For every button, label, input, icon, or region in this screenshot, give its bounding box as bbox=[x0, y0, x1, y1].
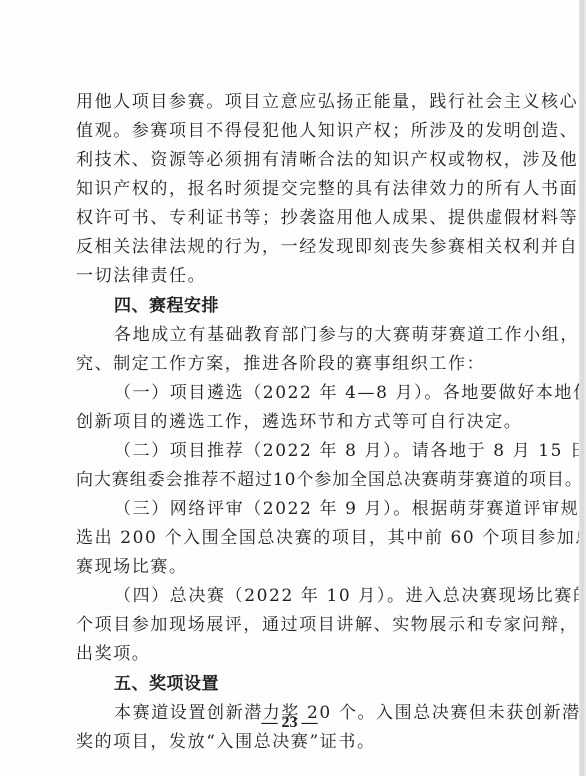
paragraph-line: 个项目参加现场展评，通过项目讲解、实物展示和专家问辩，决 bbox=[76, 611, 506, 640]
paragraph-line: 知识产权的，报名时须提交完整的具有法律效力的所有人书面授 bbox=[76, 175, 506, 204]
paragraph-line: 权许可书、专利证书等；抄袭盗用他人成果、提供虚假材料等违 bbox=[76, 204, 506, 233]
document-body: 用他人项目参赛。项目立意应弘扬正能量，践行社会主义核心价 值观。参赛项目不得侵犯… bbox=[76, 88, 506, 757]
page-number: — 23 — bbox=[0, 714, 579, 732]
paragraph-line: 出奖项。 bbox=[76, 640, 506, 669]
paragraph-line: 利技术、资源等必须拥有清晰合法的知识产权或物权，涉及他人 bbox=[76, 146, 506, 175]
paragraph-line: 赛现场比赛。 bbox=[76, 553, 506, 582]
schedule-item-3: （三）网络评审（2022 年 9 月）。根据萌芽赛道评审规则评 bbox=[76, 495, 506, 524]
schedule-item-4: （四）总决赛（2022 年 10 月）。进入总决赛现场比赛的 60 bbox=[76, 582, 506, 611]
paragraph-line: 值观。参赛项目不得侵犯他人知识产权；所涉及的发明创造、专 bbox=[76, 117, 506, 146]
paragraph-line: 各地成立有基础教育部门参与的大赛萌芽赛道工作小组，研 bbox=[76, 321, 506, 350]
schedule-item-2: （二）项目推荐（2022 年 8 月）。请各地于 8 月 15 日前， bbox=[76, 437, 506, 466]
section-heading-awards: 五、奖项设置 bbox=[76, 669, 506, 699]
paragraph-line: 一切法律责任。 bbox=[76, 262, 506, 291]
paragraph-line: 反相关法律法规的行为，一经发现即刻丧失参赛相关权利并自负 bbox=[76, 233, 506, 262]
paragraph-line: 奖的项目，发放“入围总决赛”证书。 bbox=[76, 728, 506, 757]
paragraph-line: 选出 200 个入围全国总决赛的项目，其中前 60 个项目参加总决 bbox=[76, 524, 506, 553]
document-page: 用他人项目参赛。项目立意应弘扬正能量，践行社会主义核心价 值观。参赛项目不得侵犯… bbox=[0, 0, 579, 776]
page-edge-scrollbar[interactable] bbox=[579, 0, 586, 776]
schedule-item-1: （一）项目遴选（2022 年 4—8 月）。各地要做好本地优秀 bbox=[76, 379, 506, 408]
section-heading-schedule: 四、赛程安排 bbox=[76, 291, 506, 321]
paragraph-line: 究、制定工作方案，推进各阶段的赛事组织工作： bbox=[76, 350, 506, 379]
paragraph-line: 向大赛组委会推荐不超过10个参加全国总决赛萌芽赛道的项目。 bbox=[76, 466, 506, 495]
paragraph-line: 创新项目的遴选工作，遴选环节和方式等可自行决定。 bbox=[76, 408, 506, 437]
paragraph-line: 用他人项目参赛。项目立意应弘扬正能量，践行社会主义核心价 bbox=[76, 88, 506, 117]
